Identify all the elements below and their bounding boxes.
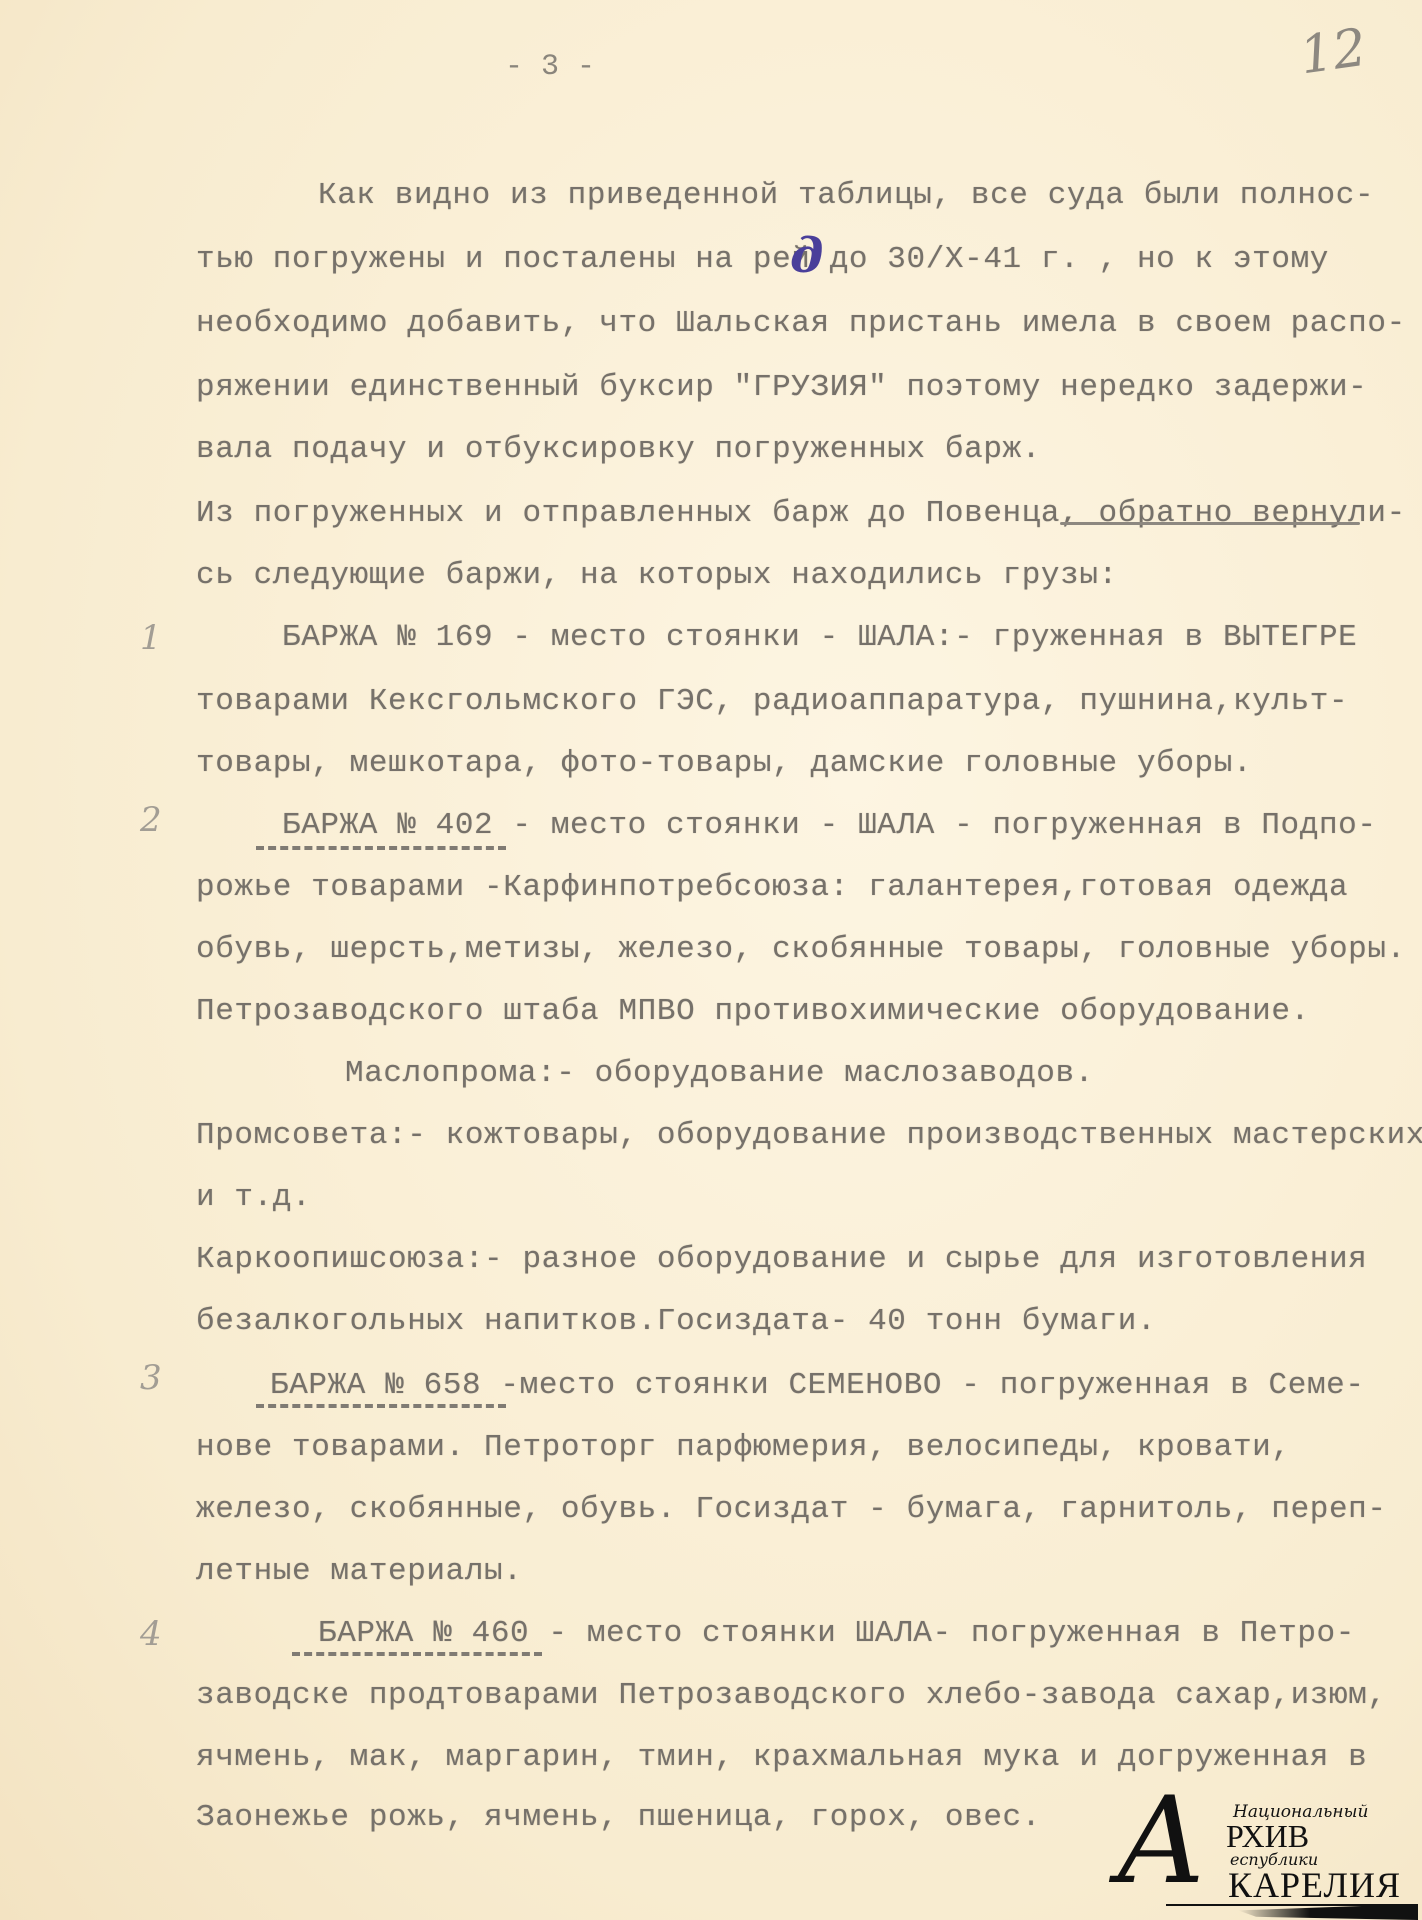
quill-icon	[1238, 1904, 1418, 1920]
text-line: обувь, шерсть,метизы, железо, скобянные …	[196, 932, 1406, 967]
text-line: вала подачу и отбуксировку погруженных б…	[196, 432, 1041, 467]
text-line: БАРЖА № 402 - место стоянки - ШАЛА - пог…	[282, 808, 1377, 843]
text-line: Маслопрома:- оборудование маслозаводов.	[345, 1056, 1094, 1091]
text-line: заводске продтоварами Петрозаводского хл…	[196, 1678, 1387, 1713]
underline	[1060, 522, 1360, 525]
text-line: нове товарами. Петроторг парфюмерия, вел…	[196, 1430, 1291, 1465]
text-line: ячмень, мак, маргарин, тмин, крахмальная…	[196, 1740, 1367, 1775]
text-line: сь следующие баржи, на которых находилис…	[196, 558, 1118, 593]
logo-initial: A	[1118, 1782, 1205, 1902]
dashed-underline	[256, 1404, 506, 1408]
text-line: Заонежье рожь, ячмень, пшеница, горох, о…	[196, 1800, 1041, 1835]
text-line: БАРЖА № 460 - место стоянки ШАЛА- погруж…	[318, 1616, 1355, 1651]
margin-number: 3	[140, 1358, 162, 1398]
margin-number: 4	[140, 1614, 162, 1654]
text-line: Промсовета:- кожтовары, оборудование про…	[196, 1118, 1422, 1153]
dashed-underline	[292, 1652, 542, 1656]
dashed-underline	[256, 846, 506, 850]
text-line: ряжении единственный буксир "ГРУЗИЯ" поэ…	[196, 370, 1367, 405]
text-line: безалкогольных напитков.Госиздата- 40 то…	[196, 1304, 1156, 1339]
logo-line-4: КАРЕЛИЯ	[1228, 1864, 1401, 1906]
folio-number: 12	[1296, 18, 1370, 87]
text-line: товары, мешкотара, фото-товары, дамские …	[196, 746, 1252, 781]
text-line: необходимо добавить, что Шальская приста…	[196, 306, 1406, 341]
text-line: летные материалы.	[196, 1554, 522, 1589]
margin-number: 1	[140, 618, 162, 658]
text-line: рожье товарами -Карфинпотребсоюза: галан…	[196, 870, 1348, 905]
text-line: Как видно из приведенной таблицы, все су…	[318, 178, 1374, 213]
text-line: и т.д.	[196, 1180, 311, 1215]
text-line: Из погруженных и отправленных барж до По…	[196, 496, 1406, 531]
text-line: Петрозаводского штаба МПВО противохимиче…	[196, 994, 1310, 1029]
text-line: БАРЖА № 658 -место стоянки СЕМЕНОВО - по…	[270, 1368, 1365, 1403]
text-line: товарами Кексгольмского ГЭС, радиоаппара…	[196, 684, 1348, 719]
text-line: Каркоопишсоюза:- разное оборудование и с…	[196, 1242, 1367, 1277]
document-page: - 3 - 12 Как видно из приведенной таблиц…	[0, 0, 1422, 1920]
text-line: железо, скобянные, обувь. Госиздат - бум…	[196, 1492, 1387, 1527]
text-line: БАРЖА № 169 - место стоянки - ШАЛА:- гру…	[282, 620, 1357, 655]
text-line: тью погружены и посталены на рей до 30/X…	[196, 242, 1329, 277]
margin-number: 2	[140, 800, 162, 840]
archive-logo: A Национальный РХИВ еспублики КАРЕЛИЯ	[1118, 1792, 1418, 1920]
page-number: - 3 -	[505, 50, 595, 84]
handwritten-correction: д	[790, 228, 823, 284]
